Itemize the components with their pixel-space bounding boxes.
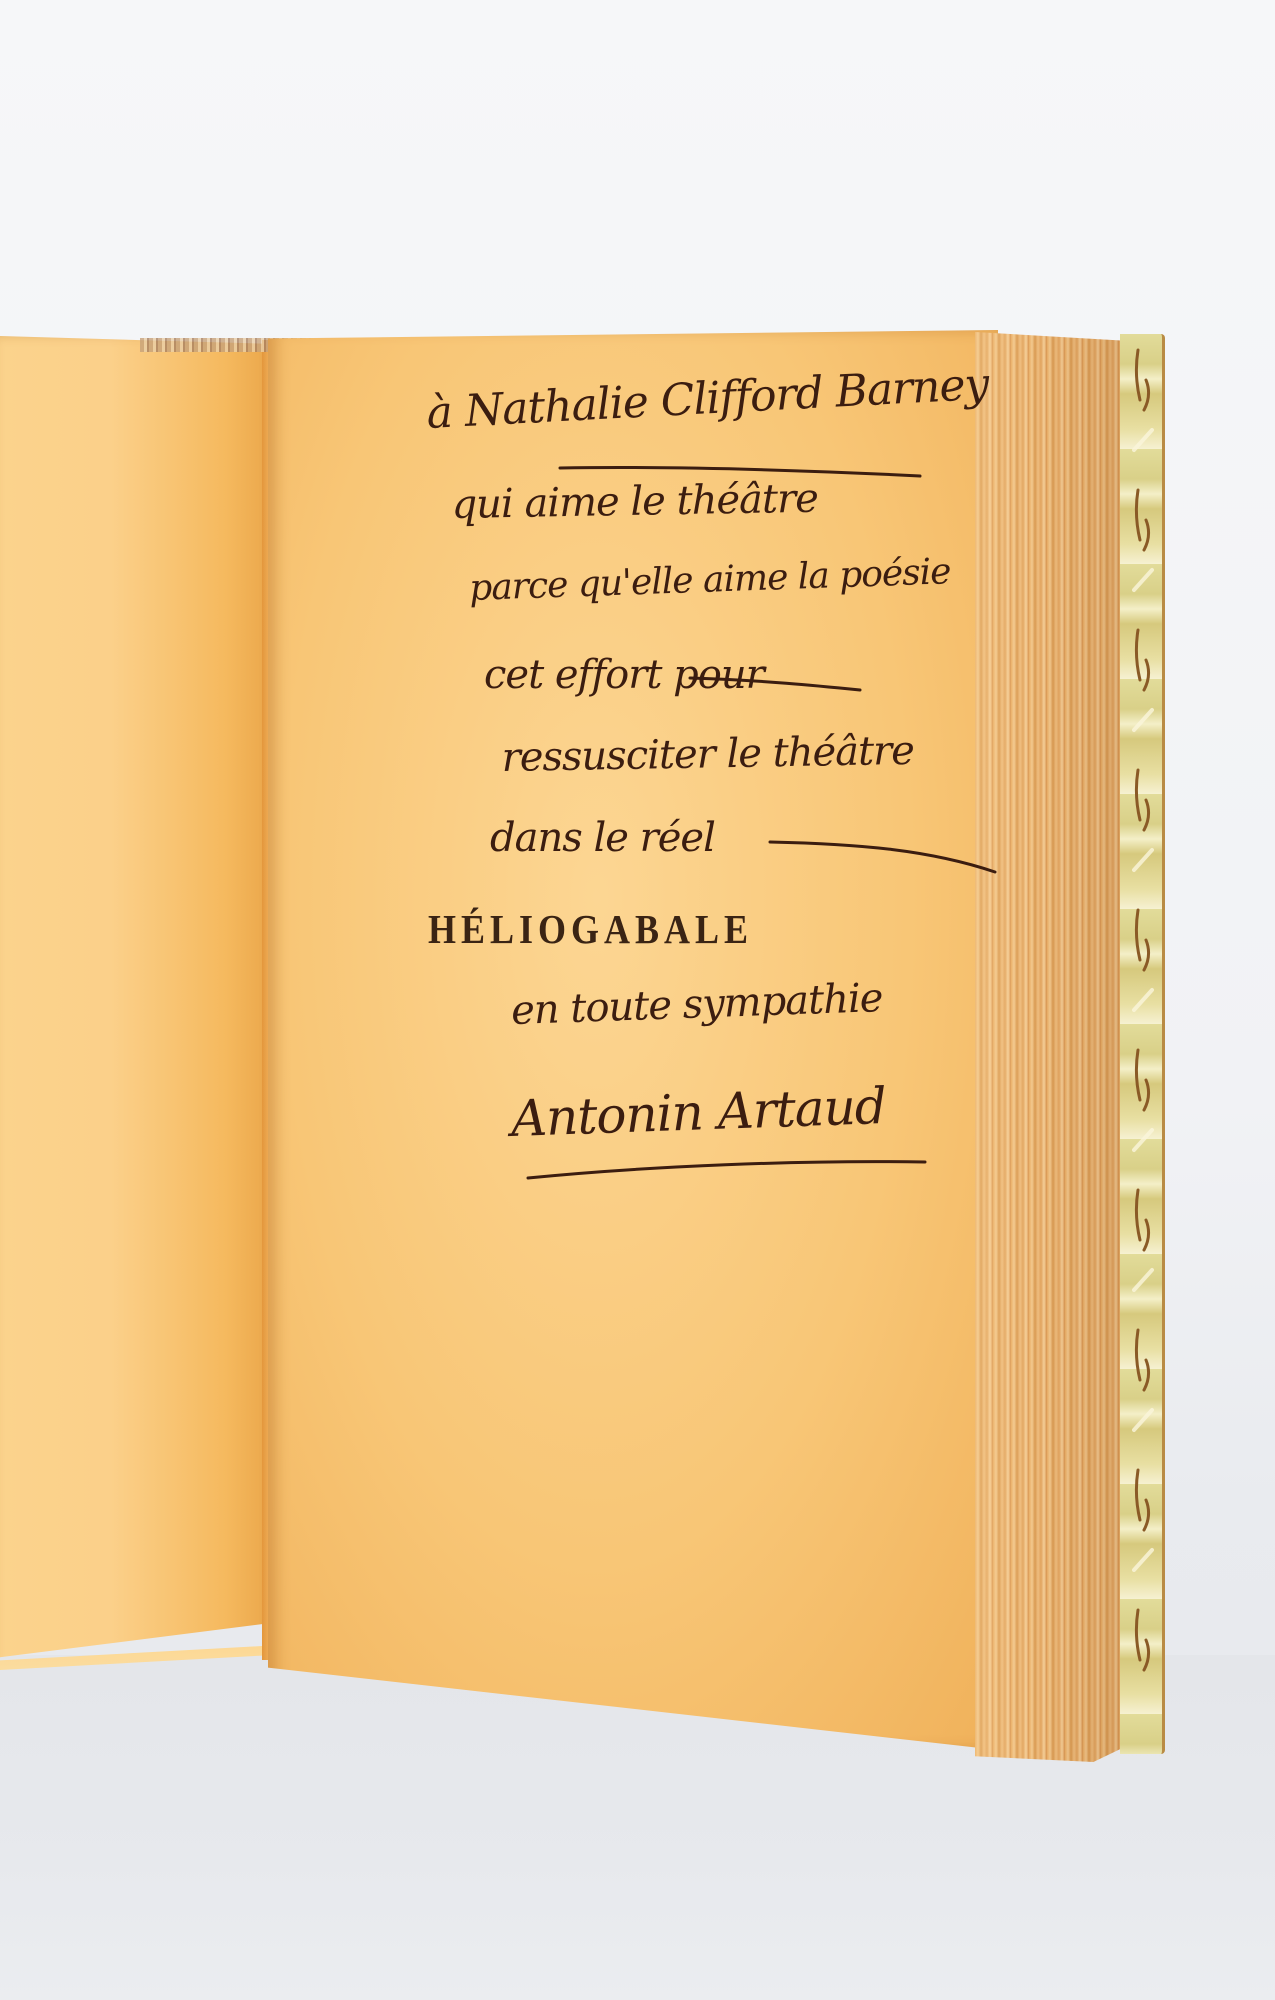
right-page xyxy=(268,330,998,1750)
marbling-pattern-icon xyxy=(1128,340,1158,1750)
page-block-shading xyxy=(975,332,1123,1762)
left-page xyxy=(0,336,276,1676)
